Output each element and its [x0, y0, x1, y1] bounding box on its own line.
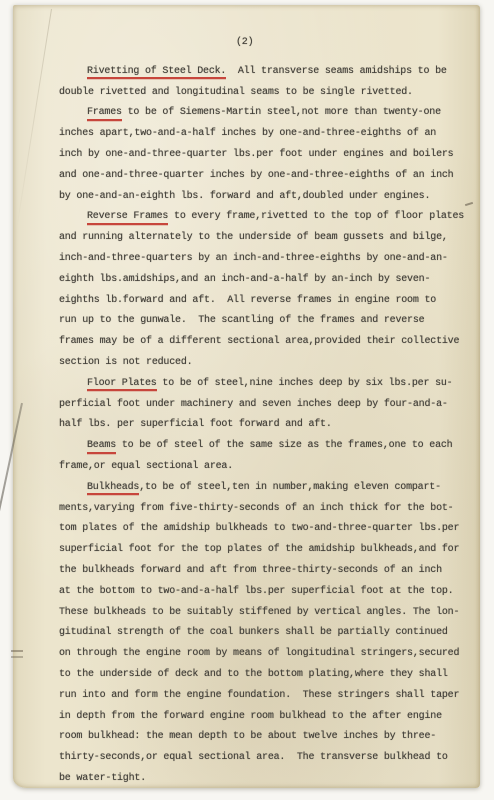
paper-crease [15, 9, 52, 234]
pencil-crease-mark [0, 403, 22, 607]
typed-line: perficial foot under machinery and seven… [59, 395, 473, 416]
typed-line: frame,or equal sectional area. [59, 457, 473, 478]
line-text: to be of steel,nine inches deep by six l… [157, 378, 453, 389]
typed-line: and one-and-three-quarter inches by one-… [59, 166, 473, 187]
typed-line: thirty-seconds,or equal sectional area. … [59, 748, 473, 769]
page-number: (2) [236, 33, 473, 54]
line-text: to every frame,rivetted to the top of fl… [168, 211, 464, 222]
typed-line: by one-and-an-eighth lbs. forward and af… [59, 187, 473, 208]
typed-line: tom plates of the amidship bulkheads to … [59, 519, 473, 540]
typed-line: Beams to be of steel of the same size as… [59, 436, 473, 457]
typed-line: ments,varying from five-thirty-seconds o… [59, 499, 473, 520]
typed-line: run into and form the engine foundation.… [59, 686, 473, 707]
typed-line: run up to the gunwale. The scantling of … [59, 311, 473, 332]
typed-line: be water-tight. [59, 769, 473, 790]
paragraph: Reverse Frames to every frame,rivetted t… [59, 207, 473, 373]
typed-line: the bulkheads forward and aft from three… [59, 561, 473, 582]
paragraph: Beams to be of steel of the same size as… [59, 436, 473, 478]
typed-line: Bulkheads,to be of steel,ten in number,m… [59, 478, 473, 499]
scanned-page-background: (2) Rivetting of Steel Deck. All transve… [0, 0, 494, 800]
section-heading: Bulkheads [87, 482, 139, 496]
section-heading: Frames [87, 107, 122, 121]
typed-line: in depth from the forward engine room bu… [59, 707, 473, 728]
typed-line: on through the engine room by means of l… [59, 644, 473, 665]
typed-line: at the bottom to two-and-a-half lbs.per … [59, 582, 473, 603]
section-heading: Beams [87, 440, 116, 454]
typed-line: double rivetted and longitudinal seams t… [59, 83, 473, 104]
typed-line: eighth lbs.amidships,and an inch-and-a-h… [59, 270, 473, 291]
section-heading: Reverse Frames [87, 211, 168, 225]
typed-line: inch by one-and-three-quarter lbs.per fo… [59, 145, 473, 166]
paragraph: Floor Plates to be of steel,nine inches … [59, 374, 473, 436]
line-text: ,to be of steel,ten in number,making ele… [139, 482, 441, 493]
document-page: (2) Rivetting of Steel Deck. All transve… [13, 5, 480, 788]
paragraph: Bulkheads,to be of steel,ten in number,m… [59, 478, 473, 790]
typed-line: superficial foot for the top plates of t… [59, 540, 473, 561]
typed-line: frames may be of a different sectional a… [59, 332, 473, 353]
typed-line: Rivetting of Steel Deck. All transverse … [59, 62, 473, 83]
line-text: to be of steel of the same size as the f… [116, 440, 452, 451]
line-text: to be of Siemens-Martin steel,not more t… [122, 107, 441, 118]
section-heading: Rivetting of Steel Deck. [87, 66, 226, 80]
typed-line: These bulkheads to be suitably stiffened… [59, 603, 473, 624]
typed-line: eighths lb.forward and aft. All reverse … [59, 291, 473, 312]
typed-line: Floor Plates to be of steel,nine inches … [59, 374, 473, 395]
paragraph: Rivetting of Steel Deck. All transverse … [59, 62, 473, 104]
typed-line: gitudinal strength of the coal bunkers s… [59, 623, 473, 644]
typed-line: room bulkhead: the mean depth to be abou… [59, 727, 473, 748]
edge-mark [11, 650, 23, 652]
paragraph: Frames to be of Siemens-Martin steel,not… [59, 103, 473, 207]
document-body: Rivetting of Steel Deck. All transverse … [59, 62, 473, 790]
typed-line: Frames to be of Siemens-Martin steel,not… [59, 103, 473, 124]
typed-line: inch-and-three-quarters by an inch-and-t… [59, 249, 473, 270]
section-heading: Floor Plates [87, 378, 157, 392]
typed-line: half lbs. per superficial foot forward a… [59, 415, 473, 436]
typed-line: and running alternately to the underside… [59, 228, 473, 249]
typed-line: inches apart,two-and-a-half inches by on… [59, 124, 473, 145]
typed-content: (2) Rivetting of Steel Deck. All transve… [59, 33, 473, 790]
line-text: All transverse seams amidships to be [226, 66, 446, 77]
typed-line: to the underside of deck and to the bott… [59, 665, 473, 686]
typed-line: section is not reduced. [59, 353, 473, 374]
typed-line: Reverse Frames to every frame,rivetted t… [59, 207, 473, 228]
